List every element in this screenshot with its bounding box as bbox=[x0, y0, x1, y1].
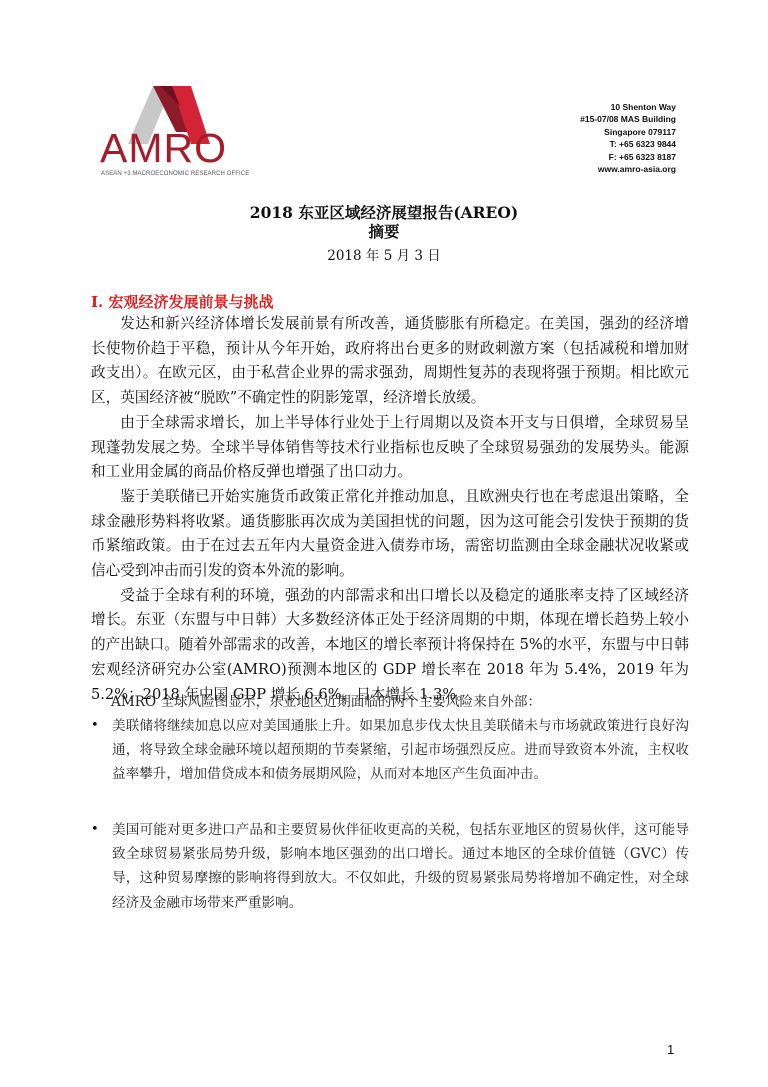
paragraph: 鉴于美联储已开始实施货币政策正常化并推动加息，且欧洲央行也在考虑退出策略，全球金… bbox=[91, 485, 689, 584]
page-number: 1 bbox=[667, 1042, 674, 1057]
risk-text: 美国可能对更多进口产品和主要贸易伙伴征收更高的关税，包括东亚地区的贸易伙伴，这可… bbox=[112, 818, 689, 915]
paragraph: 发达和新兴经济体增长发展前景有所改善，通货膨胀有所稳定。在美国，强劲的经济增长使… bbox=[91, 312, 689, 411]
paragraph: 由于全球需求增长，加上半导体行业处于上行周期以及资本开支与日俱增，全球贸易呈现蓬… bbox=[91, 411, 689, 485]
address-city: Singapore 079117 bbox=[580, 126, 676, 138]
risk-list-item: • 美国可能对更多进口产品和主要贸易伙伴征收更高的关税，包括东亚地区的贸易伙伴，… bbox=[91, 818, 689, 915]
document-subtitle: 摘要 bbox=[0, 220, 768, 242]
section-body: 发达和新兴经济体增长发展前景有所改善，通货膨胀有所稳定。在美国，强劲的经济增长使… bbox=[91, 312, 689, 707]
section-heading: I. 宏观经济发展前景与挑战 bbox=[91, 291, 273, 312]
address-fax: F: +65 6323 8187 bbox=[580, 151, 676, 163]
document-date: 2018 年 5 月 3 日 bbox=[0, 244, 768, 264]
address-block: 10 Shenton Way #15-07/08 MAS Building Si… bbox=[580, 101, 676, 175]
risk-list-item: • 美联储将继续加息以应对美国通胀上升。如果加息步伐太快且美联储未与市场就政策进… bbox=[91, 714, 689, 787]
address-building: #15-07/08 MAS Building bbox=[580, 113, 676, 125]
risks-intro: AMRO 全球风险图显示，东亚地区近期面临的两个主要风险来自外部： bbox=[111, 690, 689, 714]
risk-text: 美联储将继续加息以应对美国通胀上升。如果加息步伐太快且美联储未与市场就政策进行良… bbox=[112, 714, 689, 787]
logo-wordmark: AMRO bbox=[100, 128, 227, 169]
address-street: 10 Shenton Way bbox=[580, 101, 676, 113]
address-phone: T: +65 6323 9844 bbox=[580, 138, 676, 150]
address-website: www.amro-asia.org bbox=[580, 163, 676, 175]
bullet-icon: • bbox=[91, 818, 99, 842]
bullet-icon: • bbox=[91, 714, 99, 738]
logo-subtitle: ASEAN +3 MACROECONOMIC RESEARCH OFFICE bbox=[101, 171, 249, 177]
paragraph: 受益于全球有利的环境，强劲的内部需求和出口增长以及稳定的通胀率支持了区域经济增长… bbox=[91, 584, 689, 708]
